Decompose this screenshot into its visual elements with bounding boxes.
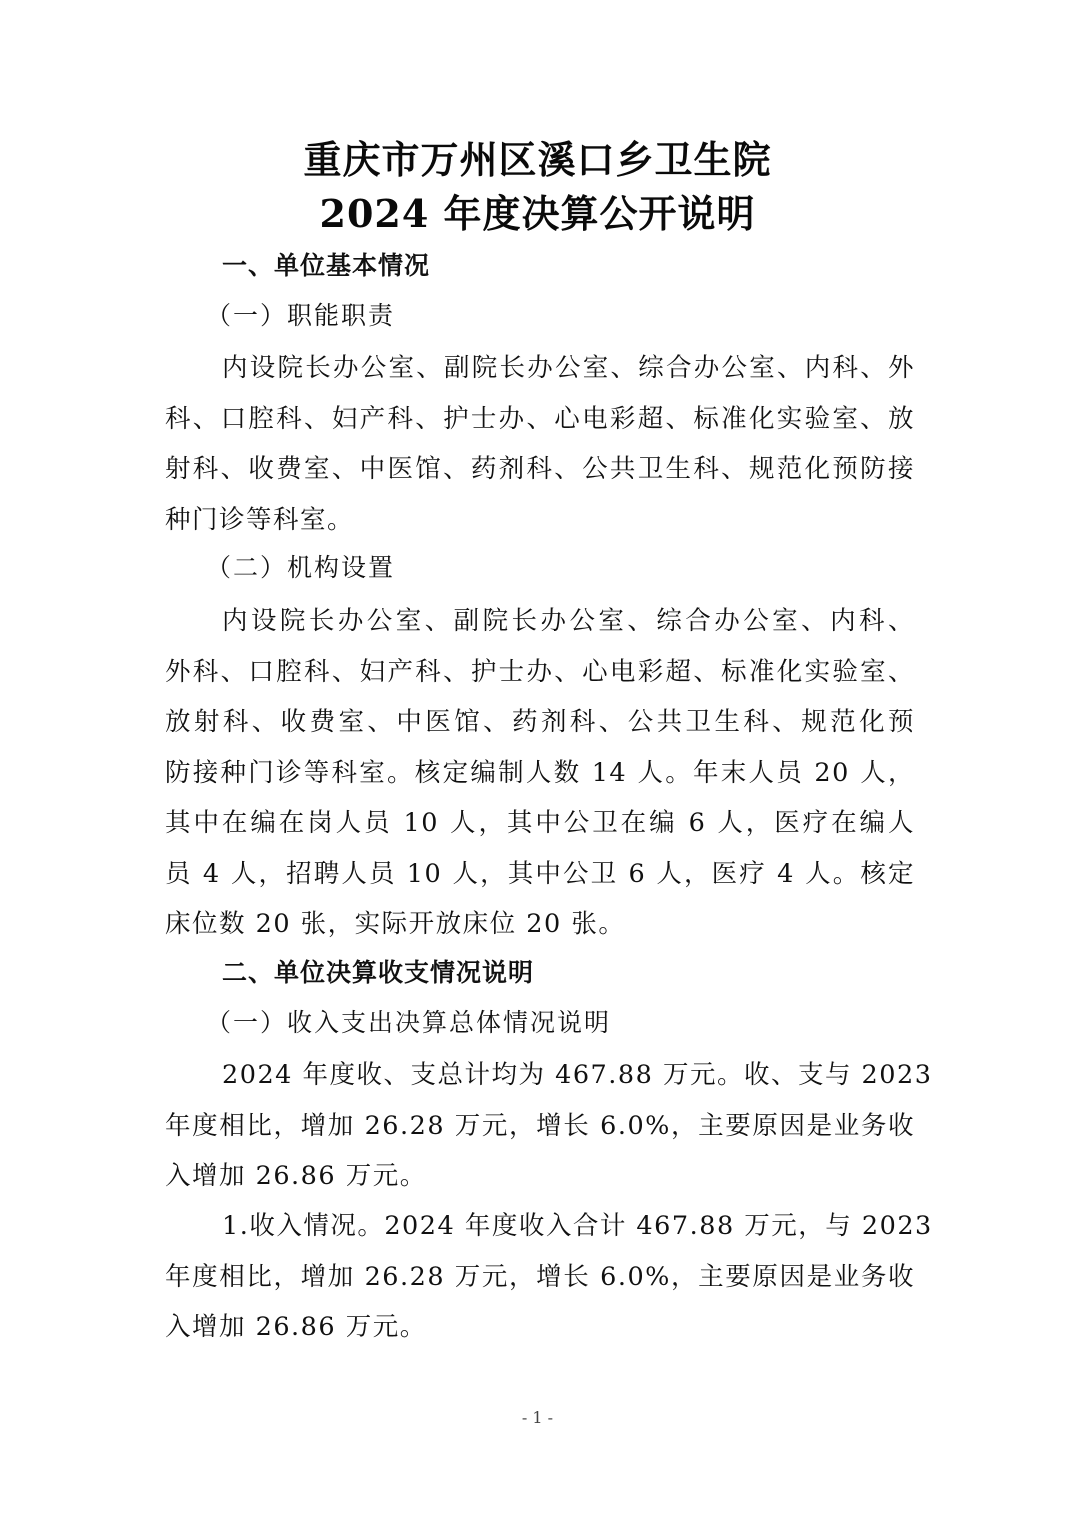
text-line: 内设院长办公室、副院长办公室、综合办公室、内科、 [165,596,915,647]
document-title-line2: 2024 年度决算公开说明 [0,186,1075,242]
text-line: 种门诊等科室。 [165,495,915,546]
page-number: - 1 - [0,1408,1075,1427]
text-line: 其中在编在岗人员 10 人，其中公卫在编 6 人，医疗在编人 [165,798,915,849]
text-line: 放射科、收费室、中医馆、药剂科、公共卫生科、规范化预 [165,697,915,748]
document-title-line1: 重庆市万州区溪口乡卫生院 [0,132,1075,188]
section1-sub2-paragraph: 内设院长办公室、副院长办公室、综合办公室、内科、 外科、口腔科、妇产科、护士办、… [165,596,915,950]
text-line: 2024 年度收、支总计均为 467.88 万元。收、支与 2023 [165,1050,915,1101]
text-line: 外科、口腔科、妇产科、护士办、心电彩超、标准化实验室、 [165,647,915,698]
section2-sub1-paragraph2: 1.收入情况。2024 年度收入合计 467.88 万元，与 2023 年度相比… [165,1201,915,1353]
text-line: 床位数 20 张，实际开放床位 20 张。 [165,899,915,950]
section1-sub1-paragraph: 内设院长办公室、副院长办公室、综合办公室、内科、外 科、口腔科、妇产科、护士办、… [165,343,915,545]
text-line: 员 4 人，招聘人员 10 人，其中公卫 6 人，医疗 4 人。核定 [165,849,915,900]
text-line: 年度相比，增加 26.28 万元，增长 6.0%，主要原因是业务收 [165,1101,915,1152]
text-line: 射科、收费室、中医馆、药剂科、公共卫生科、规范化预防接 [165,444,915,495]
text-line: 防接种门诊等科室。核定编制人数 14 人。年末人员 20 人， [165,748,915,799]
section1-sub2-heading: （二）机构设置 [206,550,395,586]
section2-sub1-paragraph1: 2024 年度收、支总计均为 467.88 万元。收、支与 2023 年度相比，… [165,1050,915,1202]
document-page: 重庆市万州区溪口乡卫生院 2024 年度决算公开说明 一、单位基本情况 （一）职… [0,0,1075,1520]
text-line: 内设院长办公室、副院长办公室、综合办公室、内科、外 [165,343,915,394]
text-line: 科、口腔科、妇产科、护士办、心电彩超、标准化实验室、放 [165,394,915,445]
text-line: 入增加 26.86 万元。 [165,1302,915,1353]
section2-sub1-heading: （一）收入支出决算总体情况说明 [206,1005,611,1041]
text-line: 1.收入情况。2024 年度收入合计 467.88 万元，与 2023 [165,1201,915,1252]
section1-heading: 一、单位基本情况 [222,248,430,284]
section2-heading: 二、单位决算收支情况说明 [222,955,534,991]
text-line: 年度相比，增加 26.28 万元，增长 6.0%，主要原因是业务收 [165,1252,915,1303]
section1-sub1-heading: （一）职能职责 [206,298,395,334]
text-line: 入增加 26.86 万元。 [165,1151,915,1202]
